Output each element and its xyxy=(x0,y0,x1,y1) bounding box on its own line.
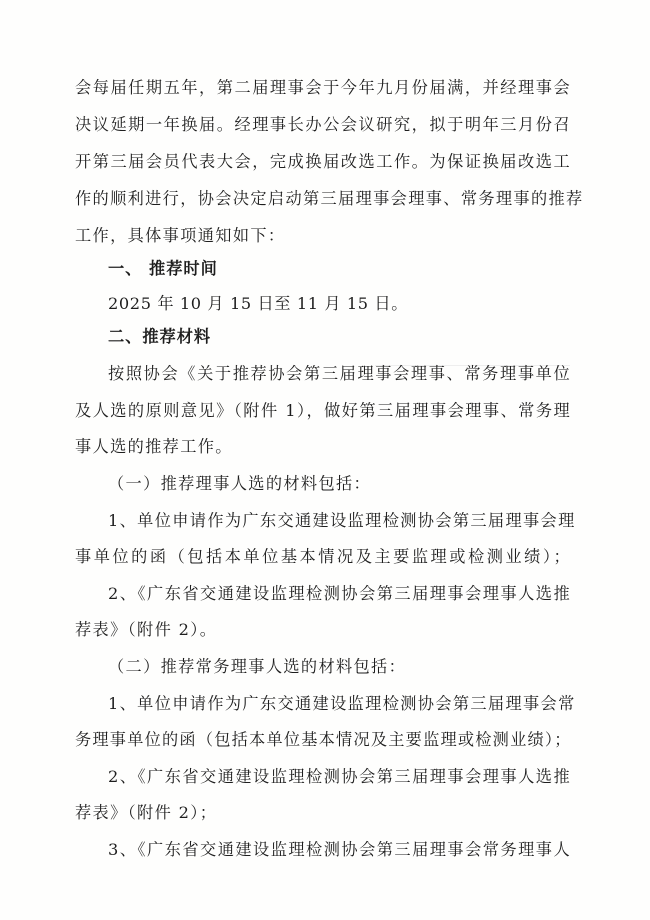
section-1-heading: 一、 推荐时间 xyxy=(108,259,604,279)
section-2-intro-line-3: 事人选的推荐工作。 xyxy=(75,437,571,457)
sub-1-item-1-line-1: 1、单位申请作为广东交通建设监理检测协会第三届理事会理 xyxy=(108,511,571,531)
sub-2-item-1-line-1: 1、单位申请作为广东交通建设监理检测协会第三届理事会常 xyxy=(108,694,571,714)
intro-line-1: 会每届任期五年，第二届理事会于今年九月份届满，并经理事会 xyxy=(75,78,571,98)
sub-2-title: （二）推荐常务理事人选的材料包括： xyxy=(108,657,571,677)
sub-2-item-1-line-2: 务理事单位的函（包括本单位基本情况及主要监理或检测业绩）； xyxy=(75,730,571,750)
intro-line-3: 开第三届会员代表大会，完成换届改选工作。为保证换届改选工 xyxy=(75,152,571,172)
sub-2-item-3-line-1: 3、《广东省交通建设监理检测协会第三届理事会常务理事人 xyxy=(108,840,571,860)
section-2-heading: 二、推荐材料 xyxy=(108,327,604,347)
intro-line-4: 作的顺利进行，协会决定启动第三届理事会理事、常务理事的推荐 xyxy=(75,189,571,209)
sub-1-item-1-line-2: 事单位的函（包括本单位基本情况及主要监理或检测业绩）； xyxy=(75,547,571,567)
sub-2-item-2-line-1: 2、《广东省交通建设监理检测协会第三届理事会理事人选推 xyxy=(108,767,571,787)
section-2-intro-line-2: 及人选的原则意见》（附件 1），做好第三届理事会理事、常务理 xyxy=(75,401,571,421)
sub-1-title: （一）推荐理事人选的材料包括： xyxy=(108,474,571,494)
sub-1-item-2-line-1: 2、《广东省交通建设监理检测协会第三届理事会理事人选推 xyxy=(108,584,571,604)
section-1-body: 2025 年 10 月 15 日至 11 月 15 日。 xyxy=(108,294,571,314)
intro-line-5: 工作，具体事项通知如下： xyxy=(75,226,571,246)
sub-2-item-2-line-2: 荐表》（附件 2）； xyxy=(75,803,571,823)
document-page: ​ 会每届任期五年，第二届理事会于今年九月份届满，并经理事会 决议延期一年换届。… xyxy=(0,0,650,920)
intro-line-2: 决议延期一年换届。经理事长办公会议研究，拟于明年三月份召 xyxy=(75,115,571,135)
section-2-intro-line-1: 按照协会《关于推荐协会第三届理事会理事、常务理事单位 xyxy=(108,364,571,384)
sub-1-item-2-line-2: 荐表》（附件 2）。 xyxy=(75,620,571,640)
